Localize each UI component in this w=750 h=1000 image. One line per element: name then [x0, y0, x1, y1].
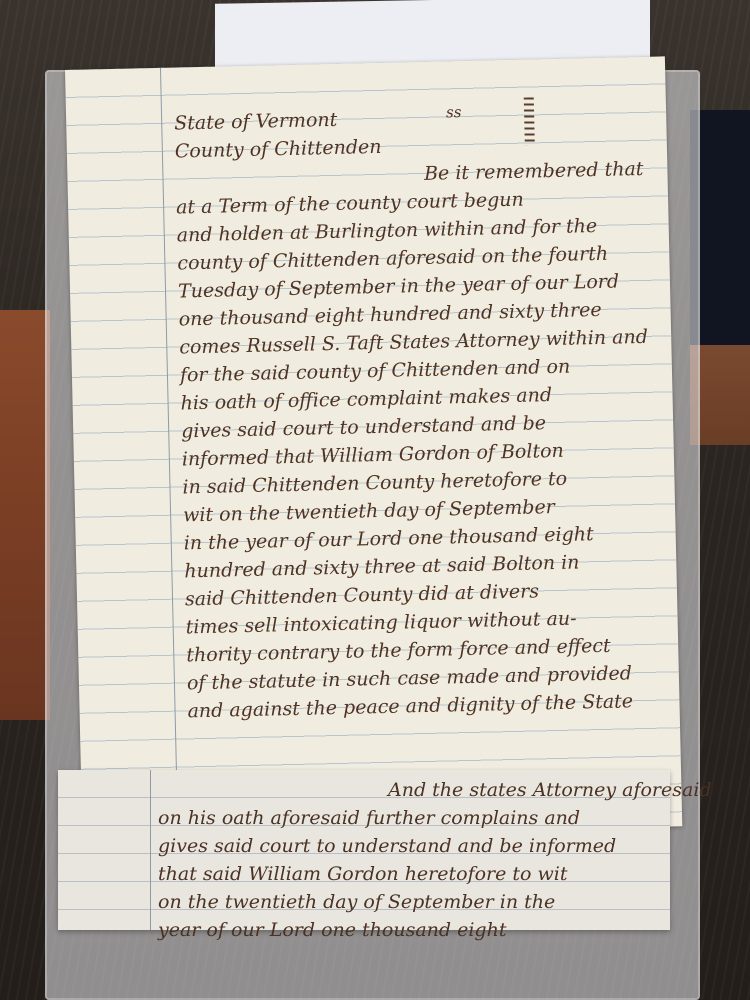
text-line: that said William Gordon heretofore to w… — [158, 860, 660, 888]
document-page-upper: ss State of Vermont County of Chittenden… — [65, 56, 682, 839]
margin-line — [150, 770, 151, 930]
text-line: And the states Attorney aforesaid — [158, 776, 660, 804]
handwritten-text-lower: And the states Attorney aforesaid on his… — [158, 776, 660, 944]
text-line: gives said court to understand and be in… — [158, 832, 660, 860]
handwritten-text: State of Vermont County of Chittenden Be… — [174, 99, 668, 726]
text-line: on the twentieth day of September in the — [158, 888, 660, 916]
document-page-lower-fold: And the states Attorney aforesaid on his… — [58, 770, 670, 930]
text-line: year of our Lord one thousand eight — [158, 916, 660, 944]
text-line: on his oath aforesaid further complains … — [158, 804, 660, 832]
wood-surface-left — [0, 310, 50, 720]
